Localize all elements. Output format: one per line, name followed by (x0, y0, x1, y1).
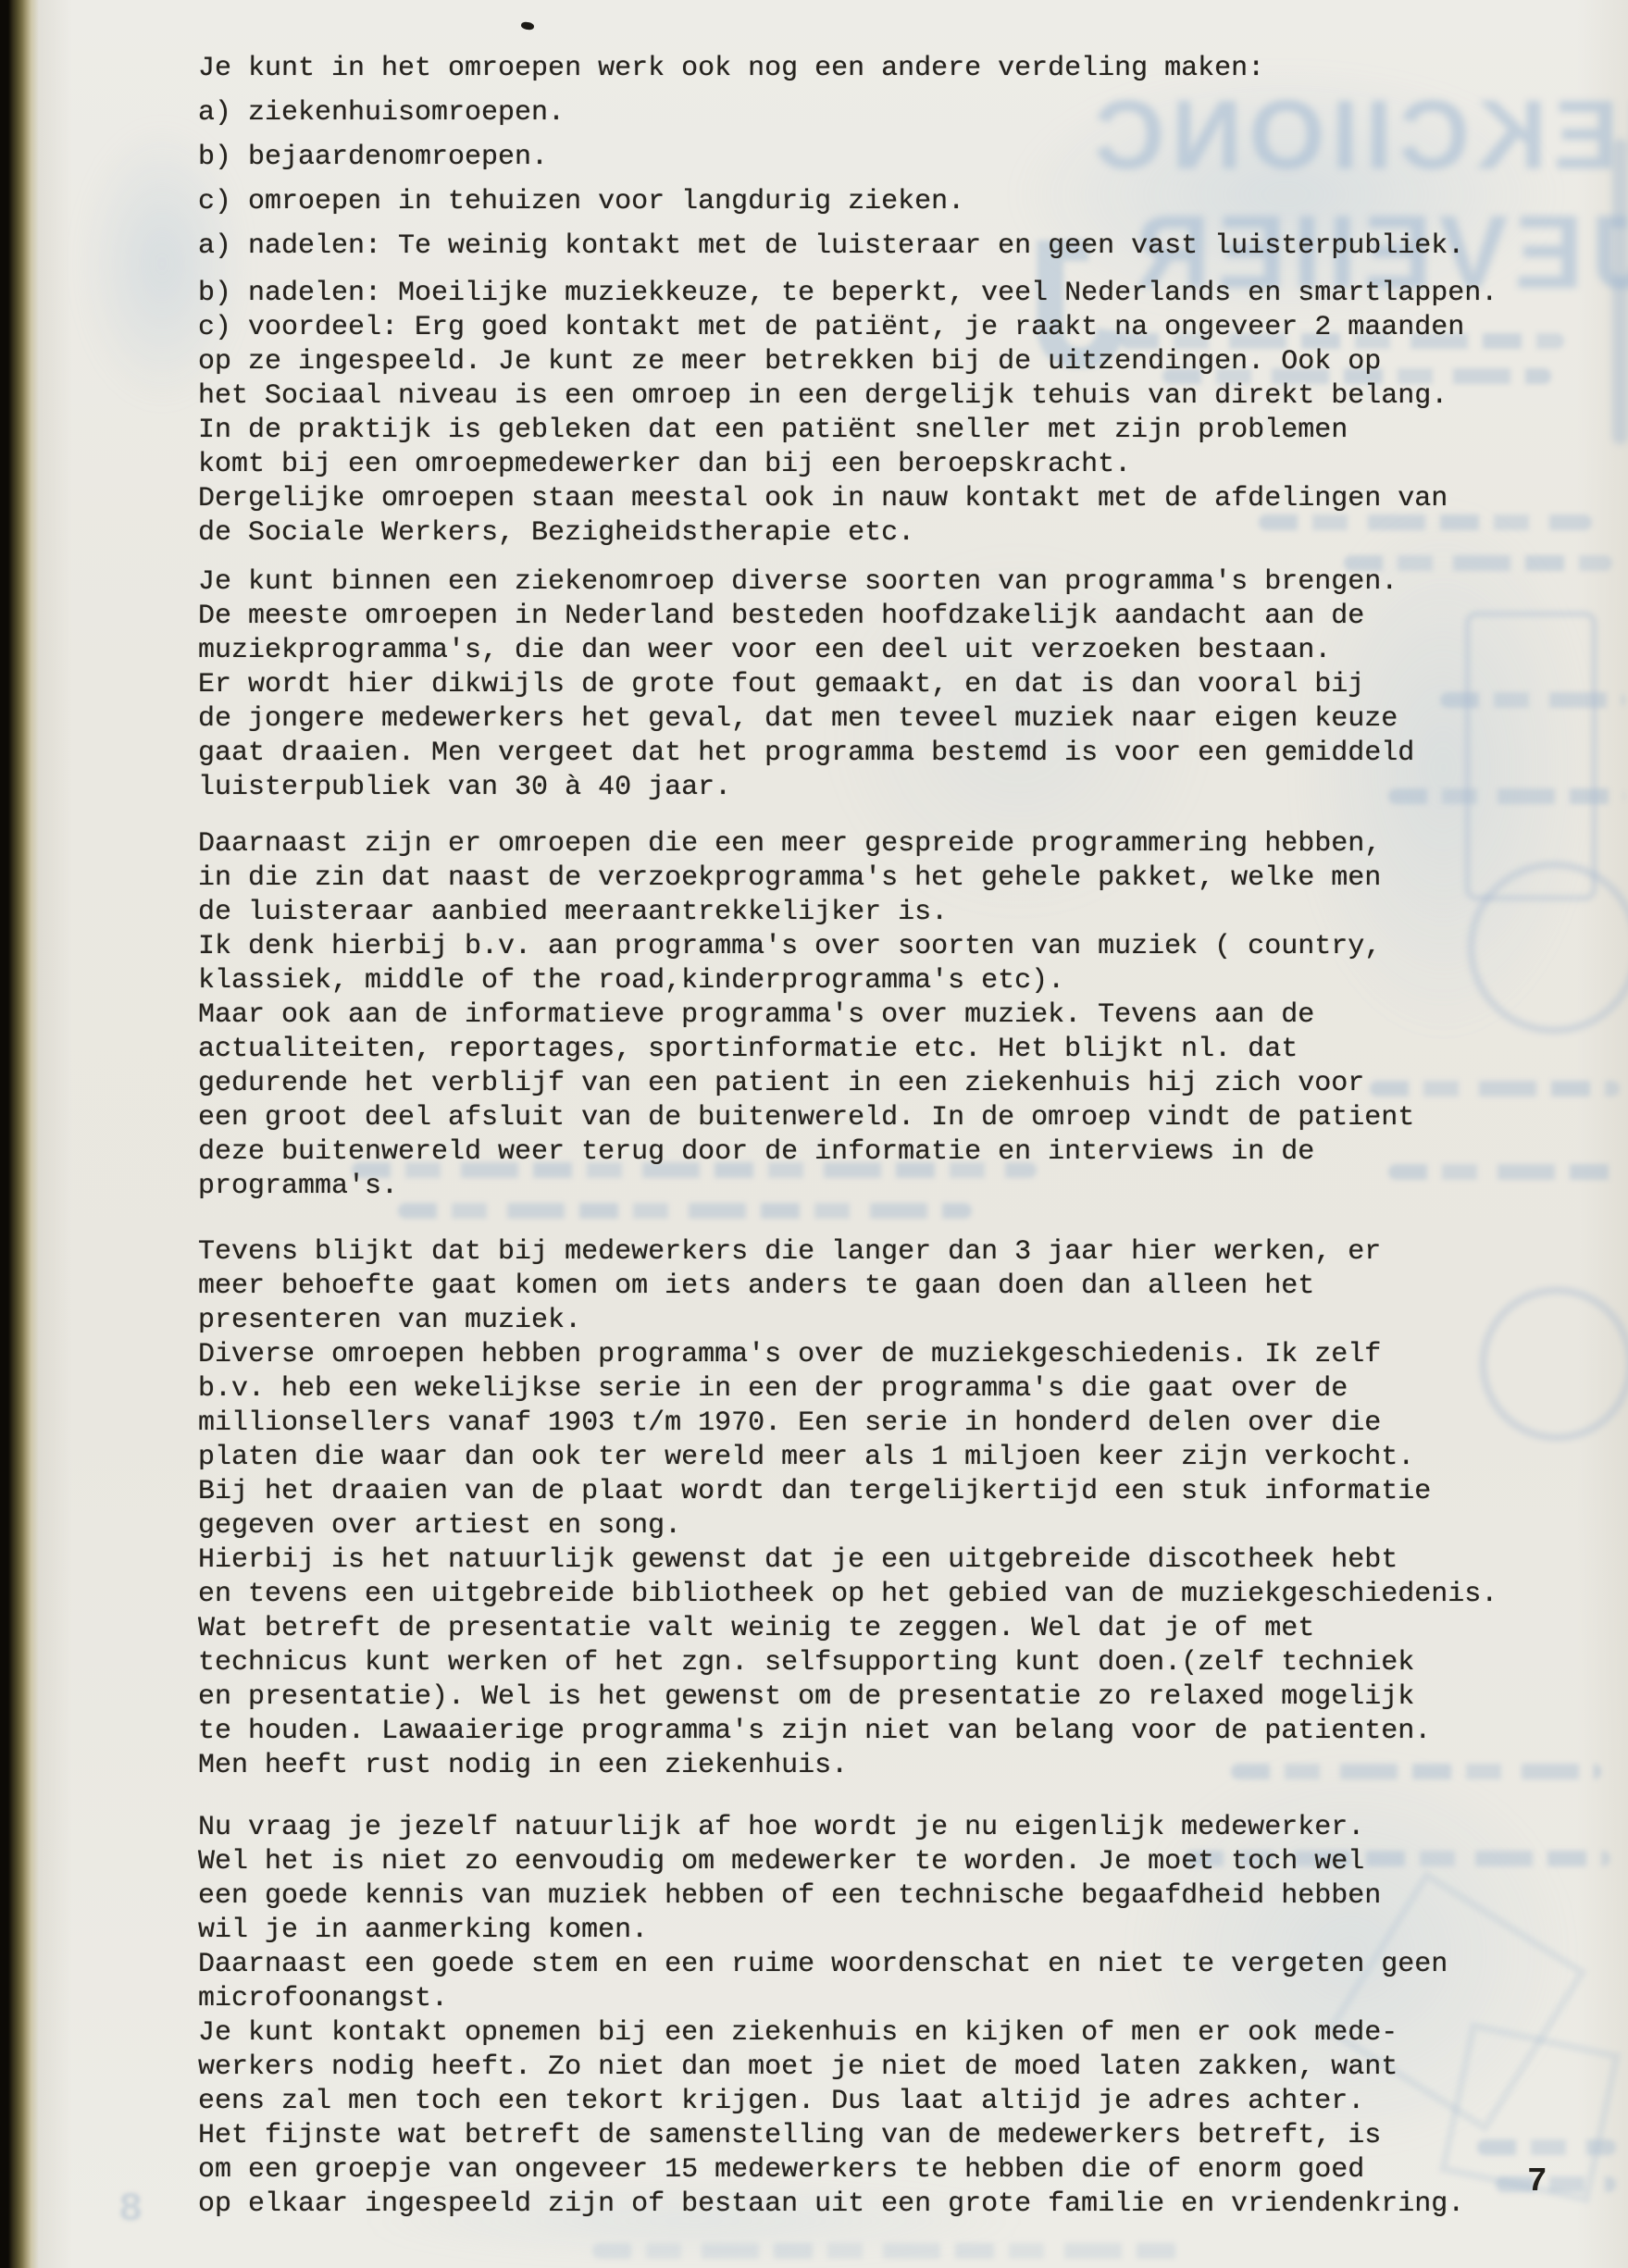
text-line: presenteren van muziek. (198, 1304, 1549, 1338)
text-line: eens zal men toch een tekort krijgen. Du… (198, 2085, 1549, 2119)
paragraph: b) nadelen: Moeilijke muziekkeuze, te be… (198, 277, 1549, 551)
document-text: Je kunt in het omroepen werk ook nog een… (198, 46, 1549, 2222)
text-line: deze buitenwereld weer terug door de inf… (198, 1135, 1549, 1170)
text-line: millionsellers vanaf 1903 t/m 1970. Een … (198, 1407, 1549, 1441)
text-line: Wel het is niet zo eenvoudig om medewerk… (198, 1845, 1549, 1879)
text-line: gedurende het verblijf van een patient i… (198, 1067, 1549, 1101)
text-line: klassiek, middle of the road,kinderprogr… (198, 964, 1549, 998)
book-binding-edge (0, 0, 39, 2268)
paragraph: a) nadelen: Te weinig kontakt met de lui… (198, 229, 1549, 264)
text-line: Nu vraag je jezelf natuurlijk af hoe wor… (198, 1811, 1549, 1845)
paragraph: Daarnaast zijn er omroepen die een meer … (198, 827, 1549, 1204)
text-line: gegeven over artiest en song. (198, 1509, 1549, 1543)
text-line: Er wordt hier dikwijls de grote fout gem… (198, 668, 1549, 702)
text-line: programma's. (198, 1170, 1549, 1204)
text-line: In de praktijk is gebleken dat een patië… (198, 414, 1549, 448)
text-line: Dergelijke omroepen staan meestal ook in… (198, 482, 1549, 516)
text-line: Daarnaast zijn er omroepen die een meer … (198, 827, 1549, 861)
text-line: Je kunt binnen een ziekenomroep diverse … (198, 565, 1549, 600)
text-line: luisterpubliek van 30 à 40 jaar. (198, 771, 1549, 805)
text-line: a) ziekenhuisomroepen. (198, 91, 1549, 135)
text-line: een goede kennis van muziek hebben of ee… (198, 1879, 1549, 1914)
scan-artifact-dot (520, 21, 534, 31)
text-line: Wat betreft de presentatie valt weinig t… (198, 1612, 1549, 1646)
text-line: Het fijnste wat betreft de samenstelling… (198, 2119, 1549, 2153)
bleedthrough-page-number: 8 (118, 2189, 143, 2230)
text-line: Bij het draaien van de plaat wordt dan t… (198, 1475, 1549, 1509)
text-line: om een groepje van ongeveer 15 medewerke… (198, 2153, 1549, 2187)
text-line: b) nadelen: Moeilijke muziekkeuze, te be… (198, 277, 1549, 311)
text-line: komt bij een omroepmedewerker dan bij ee… (198, 448, 1549, 482)
text-line: c) omroepen in tehuizen voor langdurig z… (198, 180, 1549, 224)
text-line: Tevens blijkt dat bij medewerkers die la… (198, 1235, 1549, 1270)
text-line: en presentatie). Wel is het gewenst om d… (198, 1680, 1549, 1715)
paragraph: Nu vraag je jezelf natuurlijk af hoe wor… (198, 1811, 1549, 2222)
text-line: Hierbij is het natuurlijk gewenst dat je… (198, 1543, 1549, 1578)
text-line: het Sociaal niveau is een omroep in een … (198, 379, 1549, 414)
text-line: een groot deel afsluit van de buitenwere… (198, 1101, 1549, 1135)
text-line: meer behoefte gaat komen om iets anders … (198, 1270, 1549, 1304)
page-number: 7 (1527, 2165, 1547, 2199)
text-line: gaat draaien. Men vergeet dat het progra… (198, 737, 1549, 771)
text-line: muziekprogramma's, die dan weer voor een… (198, 634, 1549, 668)
text-line: werkers nodig heeft. Zo niet dan moet je… (198, 2051, 1549, 2085)
text-line: wil je in aanmerking komen. (198, 1914, 1549, 1948)
paragraph: Je kunt in het omroepen werk ook nog een… (198, 46, 1549, 224)
text-line: Je kunt in het omroepen werk ook nog een… (198, 46, 1549, 91)
bleedthrough-drawing-outline (1612, 139, 1628, 444)
text-line: de luisteraar aanbied meeraantrekkelijke… (198, 896, 1549, 930)
text-line: Men heeft rust nodig in een ziekenhuis. (198, 1749, 1549, 1783)
text-line: Daarnaast een goede stem en een ruime wo… (198, 1948, 1549, 1982)
text-line: technicus kunt werken of het zgn. selfsu… (198, 1646, 1549, 1680)
text-line: in die zin dat naast de verzoekprogramma… (198, 861, 1549, 896)
text-line: te houden. Lawaaierige programma's zijn … (198, 1715, 1549, 1749)
text-line: Je kunt kontakt opnemen bij een ziekenhu… (198, 2016, 1549, 2051)
text-line: b.v. heb een wekelijkse serie in een der… (198, 1372, 1549, 1407)
text-line: actualiteiten, reportages, sportinformat… (198, 1033, 1549, 1067)
text-line: platen die waar dan ook ter wereld meer … (198, 1441, 1549, 1475)
bleedthrough-text-row (592, 2243, 1185, 2259)
text-line: b) bejaardenomroepen. (198, 135, 1549, 180)
text-line: Ik denk hierbij b.v. aan programma's ove… (198, 930, 1549, 964)
text-line: a) nadelen: Te weinig kontakt met de lui… (198, 229, 1549, 264)
text-line: De meeste omroepen in Nederland besteden… (198, 600, 1549, 634)
text-line: de Sociale Werkers, Bezigheidstherapie e… (198, 516, 1549, 551)
paragraph: Tevens blijkt dat bij medewerkers die la… (198, 1235, 1549, 1783)
text-line: Diverse omroepen hebben programma's over… (198, 1338, 1549, 1372)
text-line: en tevens een uitgebreide bibliotheek op… (198, 1578, 1549, 1612)
text-line: de jongere medewerkers het geval, dat me… (198, 702, 1549, 737)
paragraph: Je kunt binnen een ziekenomroep diverse … (198, 565, 1549, 805)
text-line: Maar ook aan de informatieve programma's… (198, 998, 1549, 1033)
scanned-page: J JEKCIIONC JEVEIIER 8 Je kunt in het om… (0, 0, 1628, 2268)
text-line: microfoonangst. (198, 1982, 1549, 2016)
text-line: op elkaar ingespeeld zijn of bestaan uit… (198, 2187, 1549, 2222)
text-line: op ze ingespeeld. Je kunt ze meer betrek… (198, 345, 1549, 379)
text-line: c) voordeel: Erg goed kontakt met de pat… (198, 311, 1549, 345)
